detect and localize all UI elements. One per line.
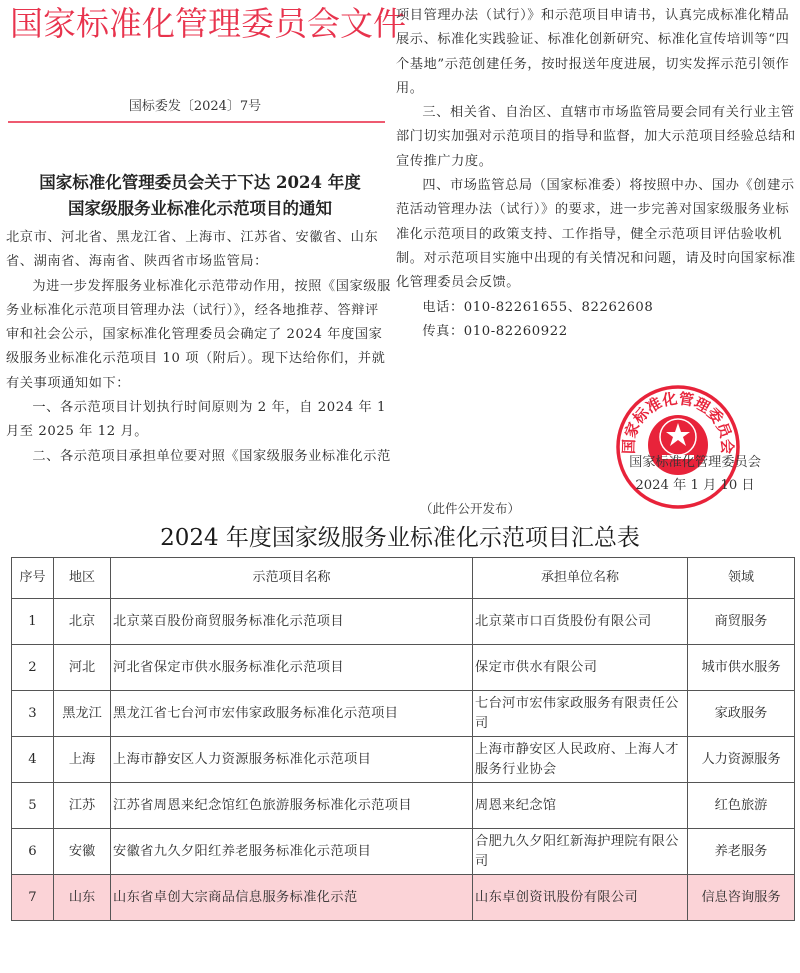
cell-field: 红色旅游 — [688, 783, 795, 829]
red-divider — [8, 121, 385, 123]
notice-body-right: 项目管理办法（试行）》和示范项目申请书，认真完成标准化精品展示、标准化实践验证、… — [396, 4, 796, 344]
item-4-paragraph: 四、市场监管总局（国家标准委）将按照中办、国办《创建示范活动管理办法（试行）》的… — [396, 174, 796, 295]
cell-no: 2 — [12, 645, 54, 691]
cell-region: 安徽 — [54, 829, 111, 875]
notice-title: 国家标准化管理委员会关于下达 2024 年度 国家级服务业标准化示范项目的通知 — [10, 170, 390, 222]
fax-line: 传真：010-82260922 — [396, 320, 796, 344]
cell-no: 4 — [12, 737, 54, 783]
cell-field: 信息咨询服务 — [688, 875, 795, 921]
table-row: 6 安徽 安徽省九久夕阳红养老服务标准化示范项目 合肥九久夕阳红新海护理院有限公… — [12, 829, 795, 875]
table-row: 1 北京 北京菜百股份商贸服务标准化示范项目 北京菜市口百货股份有限公司 商贸服… — [12, 599, 795, 645]
cell-field: 家政服务 — [688, 691, 795, 737]
cell-unit: 七台河市宏伟家政服务有限责任公司 — [473, 691, 688, 737]
cell-no: 1 — [12, 599, 54, 645]
cell-region: 江苏 — [54, 783, 111, 829]
cell-unit: 山东卓创资讯股份有限公司 — [473, 875, 688, 921]
cell-region: 黑龙江 — [54, 691, 111, 737]
cell-no: 7 — [12, 875, 54, 921]
cell-no: 6 — [12, 829, 54, 875]
notice-body-left: 北京市、河北省、黑龙江省、上海市、江苏省、安徽省、山东省、湖南省、海南省、陕西省… — [6, 226, 392, 469]
notice-title-line2: 国家级服务业标准化示范项目的通知 — [10, 196, 390, 222]
cell-unit: 北京菜市口百货股份有限公司 — [473, 599, 688, 645]
cell-unit: 上海市静安区人民政府、上海人才服务行业协会 — [473, 737, 688, 783]
item-2-paragraph-start: 二、各示范项目承担单位要对照《国家级服务业标准化示范 — [6, 445, 392, 469]
column-header-field: 领域 — [688, 558, 795, 599]
cell-project: 北京菜百股份商贸服务标准化示范项目 — [111, 599, 473, 645]
cell-project: 江苏省周恩来纪念馆红色旅游服务标准化示范项目 — [111, 783, 473, 829]
cell-field: 养老服务 — [688, 829, 795, 875]
summary-table-title: 2024 年度国家级服务业标准化示范项目汇总表 — [0, 522, 800, 554]
cell-unit: 周恩来纪念馆 — [473, 783, 688, 829]
item-3-paragraph: 三、相关省、自治区、直辖市市场监管局要会同有关行业主管部门切实加强对示范项目的指… — [396, 101, 796, 174]
phone-line: 电话：010-82261655、82262608 — [396, 296, 796, 320]
cell-no: 5 — [12, 783, 54, 829]
document-org-title: 国家标准化管理委员会文件 — [10, 4, 385, 44]
summary-table: 序号 地区 示范项目名称 承担单位名称 领域 1 北京 北京菜百股份商贸服务标准… — [11, 557, 795, 921]
addressees: 北京市、河北省、黑龙江省、上海市、江苏省、安徽省、山东省、湖南省、海南省、陕西省… — [6, 226, 392, 275]
cell-project: 山东省卓创大宗商品信息服务标准化示范 — [111, 875, 473, 921]
intro-paragraph: 为进一步发挥服务业标准化示范带动作用，按照《国家级服务业标准化示范项目管理办法（… — [6, 275, 392, 396]
cell-project: 安徽省九久夕阳红养老服务标准化示范项目 — [111, 829, 473, 875]
document-number: 国标委发〔2024〕7号 — [0, 98, 390, 116]
column-header-no: 序号 — [12, 558, 54, 599]
cell-region: 北京 — [54, 599, 111, 645]
cell-field: 城市供水服务 — [688, 645, 795, 691]
cell-project: 上海市静安区人力资源服务标准化示范项目 — [111, 737, 473, 783]
column-header-unit: 承担单位名称 — [473, 558, 688, 599]
cell-unit: 保定市供水有限公司 — [473, 645, 688, 691]
notice-title-line1: 国家标准化管理委员会关于下达 2024 年度 — [10, 170, 390, 196]
item-2-paragraph-cont: 项目管理办法（试行）》和示范项目申请书，认真完成标准化精品展示、标准化实践验证、… — [396, 4, 796, 101]
signature-org: 国家标准化管理委员会 — [600, 453, 790, 473]
table-row-highlighted: 7 山东 山东省卓创大宗商品信息服务标准化示范 山东卓创资讯股份有限公司 信息咨… — [12, 875, 795, 921]
signature-date: 2024 年 1 月 10 日 — [600, 476, 790, 496]
cell-region: 河北 — [54, 645, 111, 691]
cell-unit: 合肥九久夕阳红新海护理院有限公司 — [473, 829, 688, 875]
table-row: 2 河北 河北省保定市供水服务标准化示范项目 保定市供水有限公司 城市供水服务 — [12, 645, 795, 691]
cell-no: 3 — [12, 691, 54, 737]
publication-note: （此件公开发布） — [420, 500, 520, 518]
table-row: 4 上海 上海市静安区人力资源服务标准化示范项目 上海市静安区人民政府、上海人才… — [12, 737, 795, 783]
item-1-paragraph: 一、各示范项目计划执行时间原则为 2 年，自 2024 年 1 月至 2025 … — [6, 396, 392, 445]
cell-project: 黑龙江省七台河市宏伟家政服务标准化示范项目 — [111, 691, 473, 737]
cell-region: 山东 — [54, 875, 111, 921]
cell-project: 河北省保定市供水服务标准化示范项目 — [111, 645, 473, 691]
column-header-region: 地区 — [54, 558, 111, 599]
column-header-project: 示范项目名称 — [111, 558, 473, 599]
cell-region: 上海 — [54, 737, 111, 783]
table-row: 5 江苏 江苏省周恩来纪念馆红色旅游服务标准化示范项目 周恩来纪念馆 红色旅游 — [12, 783, 795, 829]
cell-field: 人力资源服务 — [688, 737, 795, 783]
cell-field: 商贸服务 — [688, 599, 795, 645]
table-row: 3 黑龙江 黑龙江省七台河市宏伟家政服务标准化示范项目 七台河市宏伟家政服务有限… — [12, 691, 795, 737]
table-header-row: 序号 地区 示范项目名称 承担单位名称 领域 — [12, 558, 795, 599]
